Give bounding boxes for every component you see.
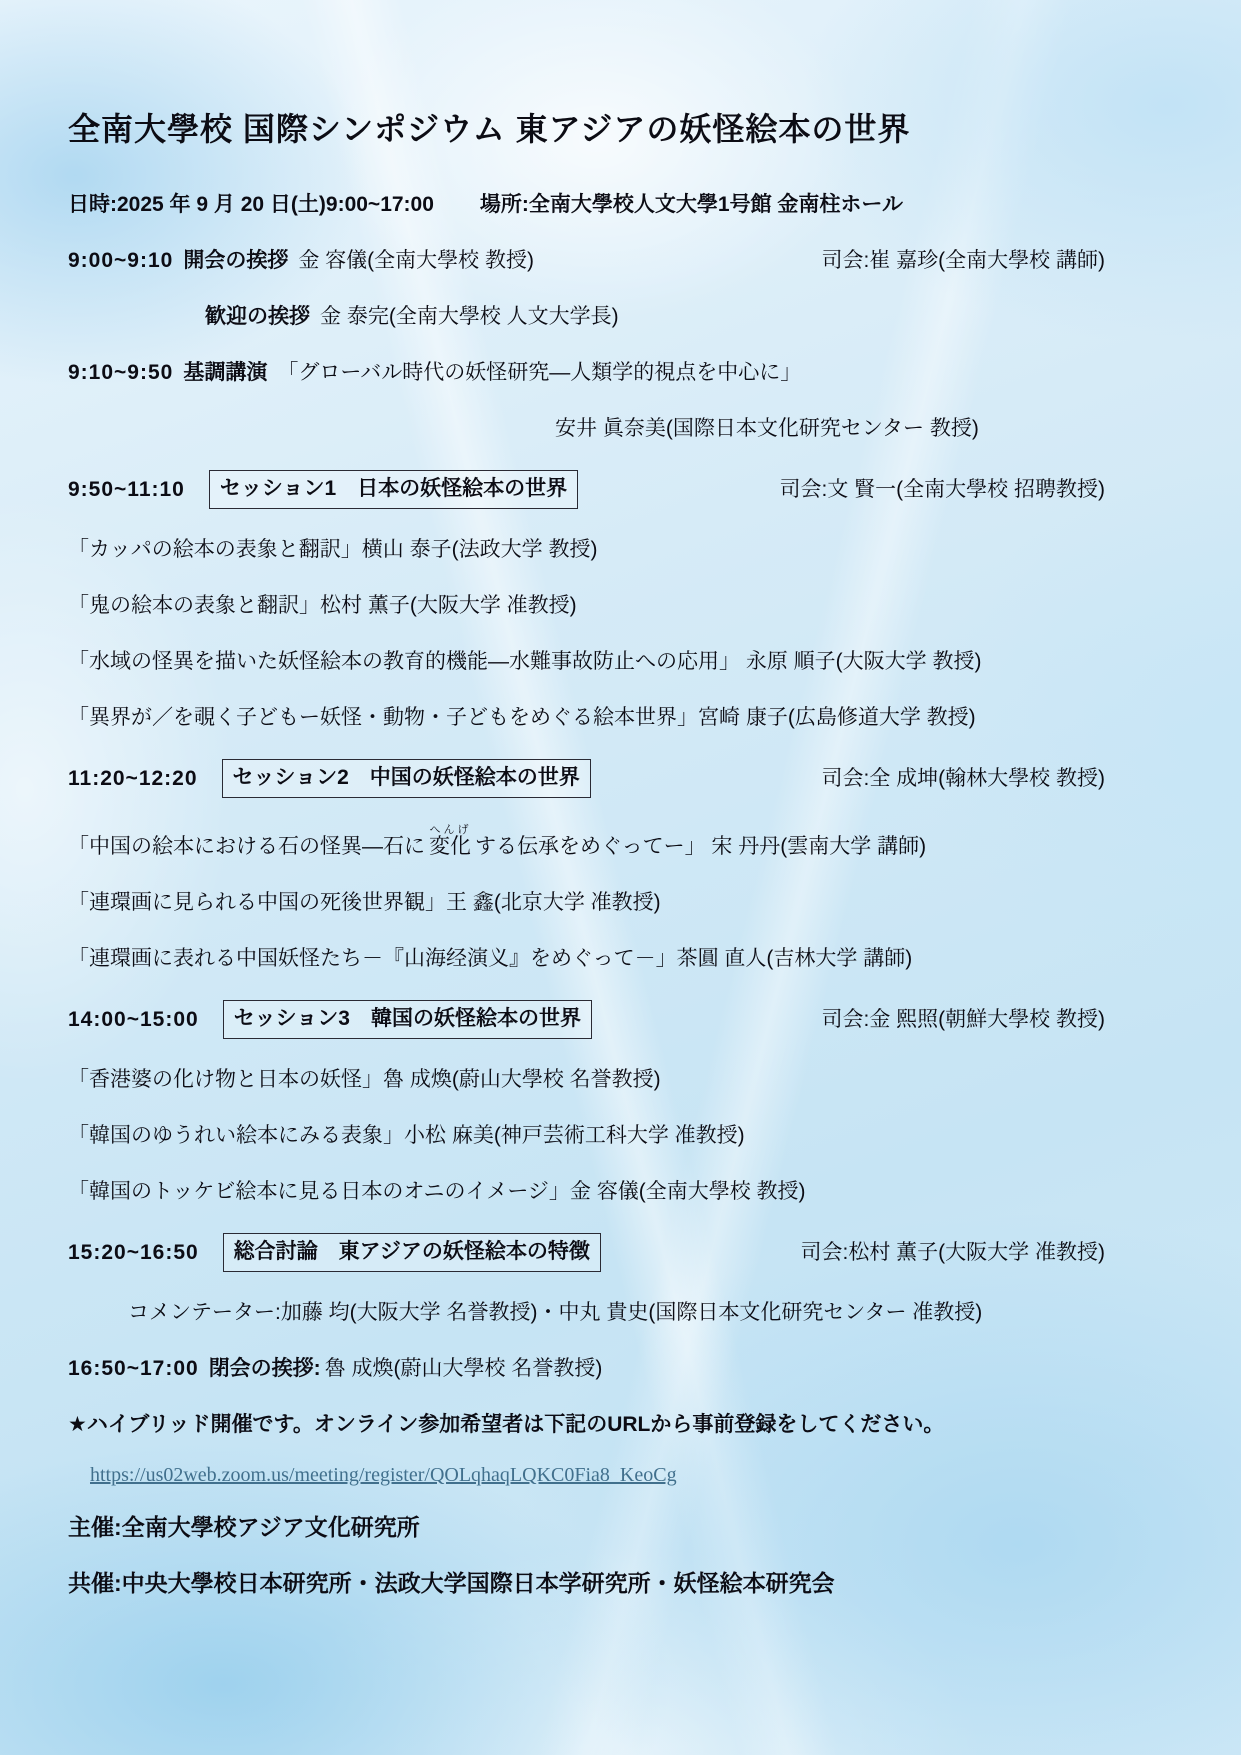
welcome-row: 歓迎の挨拶 金 泰完(全南大學校 人文大学長) (68, 302, 1175, 332)
cohost-row: 共催:中央大學校日本研究所・法政大学国際日本学研究所・妖怪絵本研究会 (68, 1568, 1175, 1598)
closing-row: 16:50~17:00 閉会の挨拶: 魯 成煥(蔚山大學校 名誉教授) (68, 1354, 1175, 1384)
talk-entry: 「韓国のトッケビ絵本に見る日本のオニのイメージ」金 容儀(全南大學校 教授) (68, 1177, 806, 1207)
session1-talk-row: 「鬼の絵本の表象と翻訳」松村 薫子(大阪大学 准教授) (68, 591, 1175, 621)
session3-talk-row: 「韓国のゆうれい絵本にみる表象」小松 麻美(神戸芸術工科大学 准教授) (68, 1121, 1175, 1151)
session1-talk-row: 「水域の怪異を描いた妖怪絵本の教育的機能―水難事故防止への応用」 永原 順子(大… (68, 647, 1175, 677)
session3-time: 14:00~15:00 (68, 1005, 199, 1035)
talk-entry: 「カッパの絵本の表象と翻訳」横山 泰子(法政大学 教授) (68, 535, 597, 565)
talk-text-post: する伝承をめぐってー」 宋 丹丹(雲南大学 講師) (475, 832, 926, 862)
session3-talk-row: 「香港婆の化け物と日本の妖怪」魯 成煥(蔚山大學校 名誉教授) (68, 1065, 1175, 1095)
symposium-flyer: 全南大學校 国際シンポジウム 東アジアの妖怪絵本の世界 日時:2025 年 9 … (0, 0, 1241, 1755)
keynote-label: 基調講演 (183, 358, 267, 388)
commentators: コメンテーター:加藤 均(大阪大学 名誉教授)・中丸 貴史(国際日本文化研究セン… (128, 1298, 982, 1328)
talk-entry: 「鬼の絵本の表象と翻訳」松村 薫子(大阪大学 准教授) (68, 591, 577, 621)
session2-talk-row: 「連環画に表れる中国妖怪たち－『山海经演义』をめぐって－」茶圓 直人(吉林大学 … (68, 944, 1175, 974)
keynote-speaker-row: 安井 眞奈美(国際日本文化研究センター 教授) (68, 414, 1175, 444)
session1-talk-row: 「カッパの絵本の表象と翻訳」横山 泰子(法政大学 教授) (68, 535, 1175, 565)
session1-time: 9:50~11:10 (68, 475, 185, 505)
keynote-title: 「グローバル時代の妖怪研究―人類学的視点を中心に」 (277, 358, 801, 388)
cohost: 共催:中央大學校日本研究所・法政大学国際日本学研究所・妖怪絵本研究会 (68, 1568, 835, 1598)
session3-header-row: 14:00~15:00 セッション3 韓国の妖怪絵本の世界 司会:金 熙照(朝鮮… (68, 1000, 1175, 1039)
session3-talk-row: 「韓国のトッケビ絵本に見る日本のオニのイメージ」金 容儀(全南大學校 教授) (68, 1177, 1175, 1207)
discussion-title-box: 総合討論 東アジアの妖怪絵本の特徴 (223, 1233, 601, 1272)
opening-mc: 司会:崔 嘉珍(全南大學校 講師) (822, 246, 1106, 276)
session1-title-box: セッション1 日本の妖怪絵本の世界 (209, 470, 578, 509)
session2-title-box: セッション2 中国の妖怪絵本の世界 (222, 759, 591, 798)
keynote-speaker: 安井 眞奈美(国際日本文化研究センター 教授) (555, 414, 979, 444)
hybrid-note-row: ★ハイブリッド開催です。オンライン参加希望者は下記のURLから事前登録をしてくだ… (68, 1410, 1175, 1440)
host-row: 主催:全南大學校アジア文化研究所 (68, 1512, 1175, 1542)
opening-row: 9:00~9:10 開会の挨拶 金 容儀(全南大學校 教授) 司会:崔 嘉珍(全… (68, 246, 1175, 276)
discussion-time: 15:20~16:50 (68, 1238, 199, 1268)
talk-entry: 「異界が／を覗く子どもー妖怪・動物・子どもをめぐる絵本世界」宮崎 康子(広島修道… (68, 703, 976, 733)
opening-label: 開会の挨拶 (183, 246, 288, 276)
talk-entry: 「連環画に見られる中国の死後世界観」王 鑫(北京大学 准教授) (68, 888, 661, 918)
ruby-base: 変化 (429, 835, 471, 858)
welcome-speaker: 金 泰完(全南大學校 人文大学長) (320, 302, 619, 332)
opening-time: 9:00~9:10 (68, 246, 173, 276)
session2-talk-row: 「中国の絵本における石の怪異―石に変化へんげする伝承をめぐってー」 宋 丹丹(雲… (68, 824, 1175, 862)
hybrid-note: ★ハイブリッド開催です。オンライン参加希望者は下記のURLから事前登録をしてくだ… (68, 1410, 944, 1440)
host: 主催:全南大學校アジア文化研究所 (68, 1512, 420, 1542)
welcome-label: 歓迎の挨拶 (205, 302, 310, 332)
event-venue: 場所:全南大學校人文大學1号館 金南柱ホール (480, 190, 903, 220)
session3-title-box: セッション3 韓国の妖怪絵本の世界 (223, 1000, 592, 1039)
closing-speaker: 魯 成煥(蔚山大學校 名誉教授) (325, 1354, 603, 1384)
talk-entry: 「韓国のゆうれい絵本にみる表象」小松 麻美(神戸芸術工科大学 准教授) (68, 1121, 745, 1151)
event-datetime: 日時:2025 年 9 月 20 日(土)9:00~17:00 (68, 190, 434, 220)
talk-entry-with-ruby: 「中国の絵本における石の怪異―石に変化へんげする伝承をめぐってー」 宋 丹丹(雲… (68, 824, 926, 862)
closing-time: 16:50~17:00 (68, 1354, 199, 1384)
keynote-time: 9:10~9:50 (68, 358, 173, 388)
session3-mc: 司会:金 熙照(朝鮮大學校 教授) (822, 1005, 1106, 1035)
opening-speaker: 金 容儀(全南大學校 教授) (298, 246, 534, 276)
talk-entry: 「連環画に表れる中国妖怪たち－『山海经演义』をめぐって－」茶圓 直人(吉林大学 … (68, 944, 912, 974)
discussion-header-row: 15:20~16:50 総合討論 東アジアの妖怪絵本の特徴 司会:松村 薫子(大… (68, 1233, 1175, 1272)
session2-time: 11:20~12:20 (68, 764, 198, 794)
ruby-reading: へんげ (429, 824, 471, 836)
commentators-row: コメンテーター:加藤 均(大阪大学 名誉教授)・中丸 貴史(国際日本文化研究セン… (68, 1298, 1175, 1328)
session1-header-row: 9:50~11:10 セッション1 日本の妖怪絵本の世界 司会:文 賢一(全南大… (68, 470, 1175, 509)
ruby-annotation: 変化へんげ (429, 824, 471, 862)
talk-entry: 「水域の怪異を描いた妖怪絵本の教育的機能―水難事故防止への応用」 永原 順子(大… (68, 647, 982, 677)
page-title: 全南大學校 国際シンポジウム 東アジアの妖怪絵本の世界 (68, 104, 1175, 150)
talk-text-pre: 「中国の絵本における石の怪異―石に (68, 832, 425, 862)
session2-mc: 司会:全 成坤(翰林大學校 教授) (822, 764, 1106, 794)
keynote-row: 9:10~9:50 基調講演 「グローバル時代の妖怪研究―人類学的視点を中心に」 (68, 358, 1175, 388)
session1-mc: 司会:文 賢一(全南大學校 招聘教授) (780, 475, 1106, 505)
session1-talk-row: 「異界が／を覗く子どもー妖怪・動物・子どもをめぐる絵本世界」宮崎 康子(広島修道… (68, 703, 1175, 733)
discussion-mc: 司会:松村 薫子(大阪大学 准教授) (801, 1238, 1106, 1268)
session2-header-row: 11:20~12:20 セッション2 中国の妖怪絵本の世界 司会:全 成坤(翰林… (68, 759, 1175, 798)
session2-talk-row: 「連環画に見られる中国の死後世界観」王 鑫(北京大学 准教授) (68, 888, 1175, 918)
closing-label: 閉会の挨拶: (209, 1354, 321, 1384)
registration-url-row: https://us02web.zoom.us/meeting/register… (68, 1460, 1175, 1490)
event-info-row: 日時:2025 年 9 月 20 日(土)9:00~17:00 場所:全南大學校… (68, 190, 1175, 220)
talk-entry: 「香港婆の化け物と日本の妖怪」魯 成煥(蔚山大學校 名誉教授) (68, 1065, 661, 1095)
registration-url-link[interactable]: https://us02web.zoom.us/meeting/register… (90, 1460, 677, 1490)
